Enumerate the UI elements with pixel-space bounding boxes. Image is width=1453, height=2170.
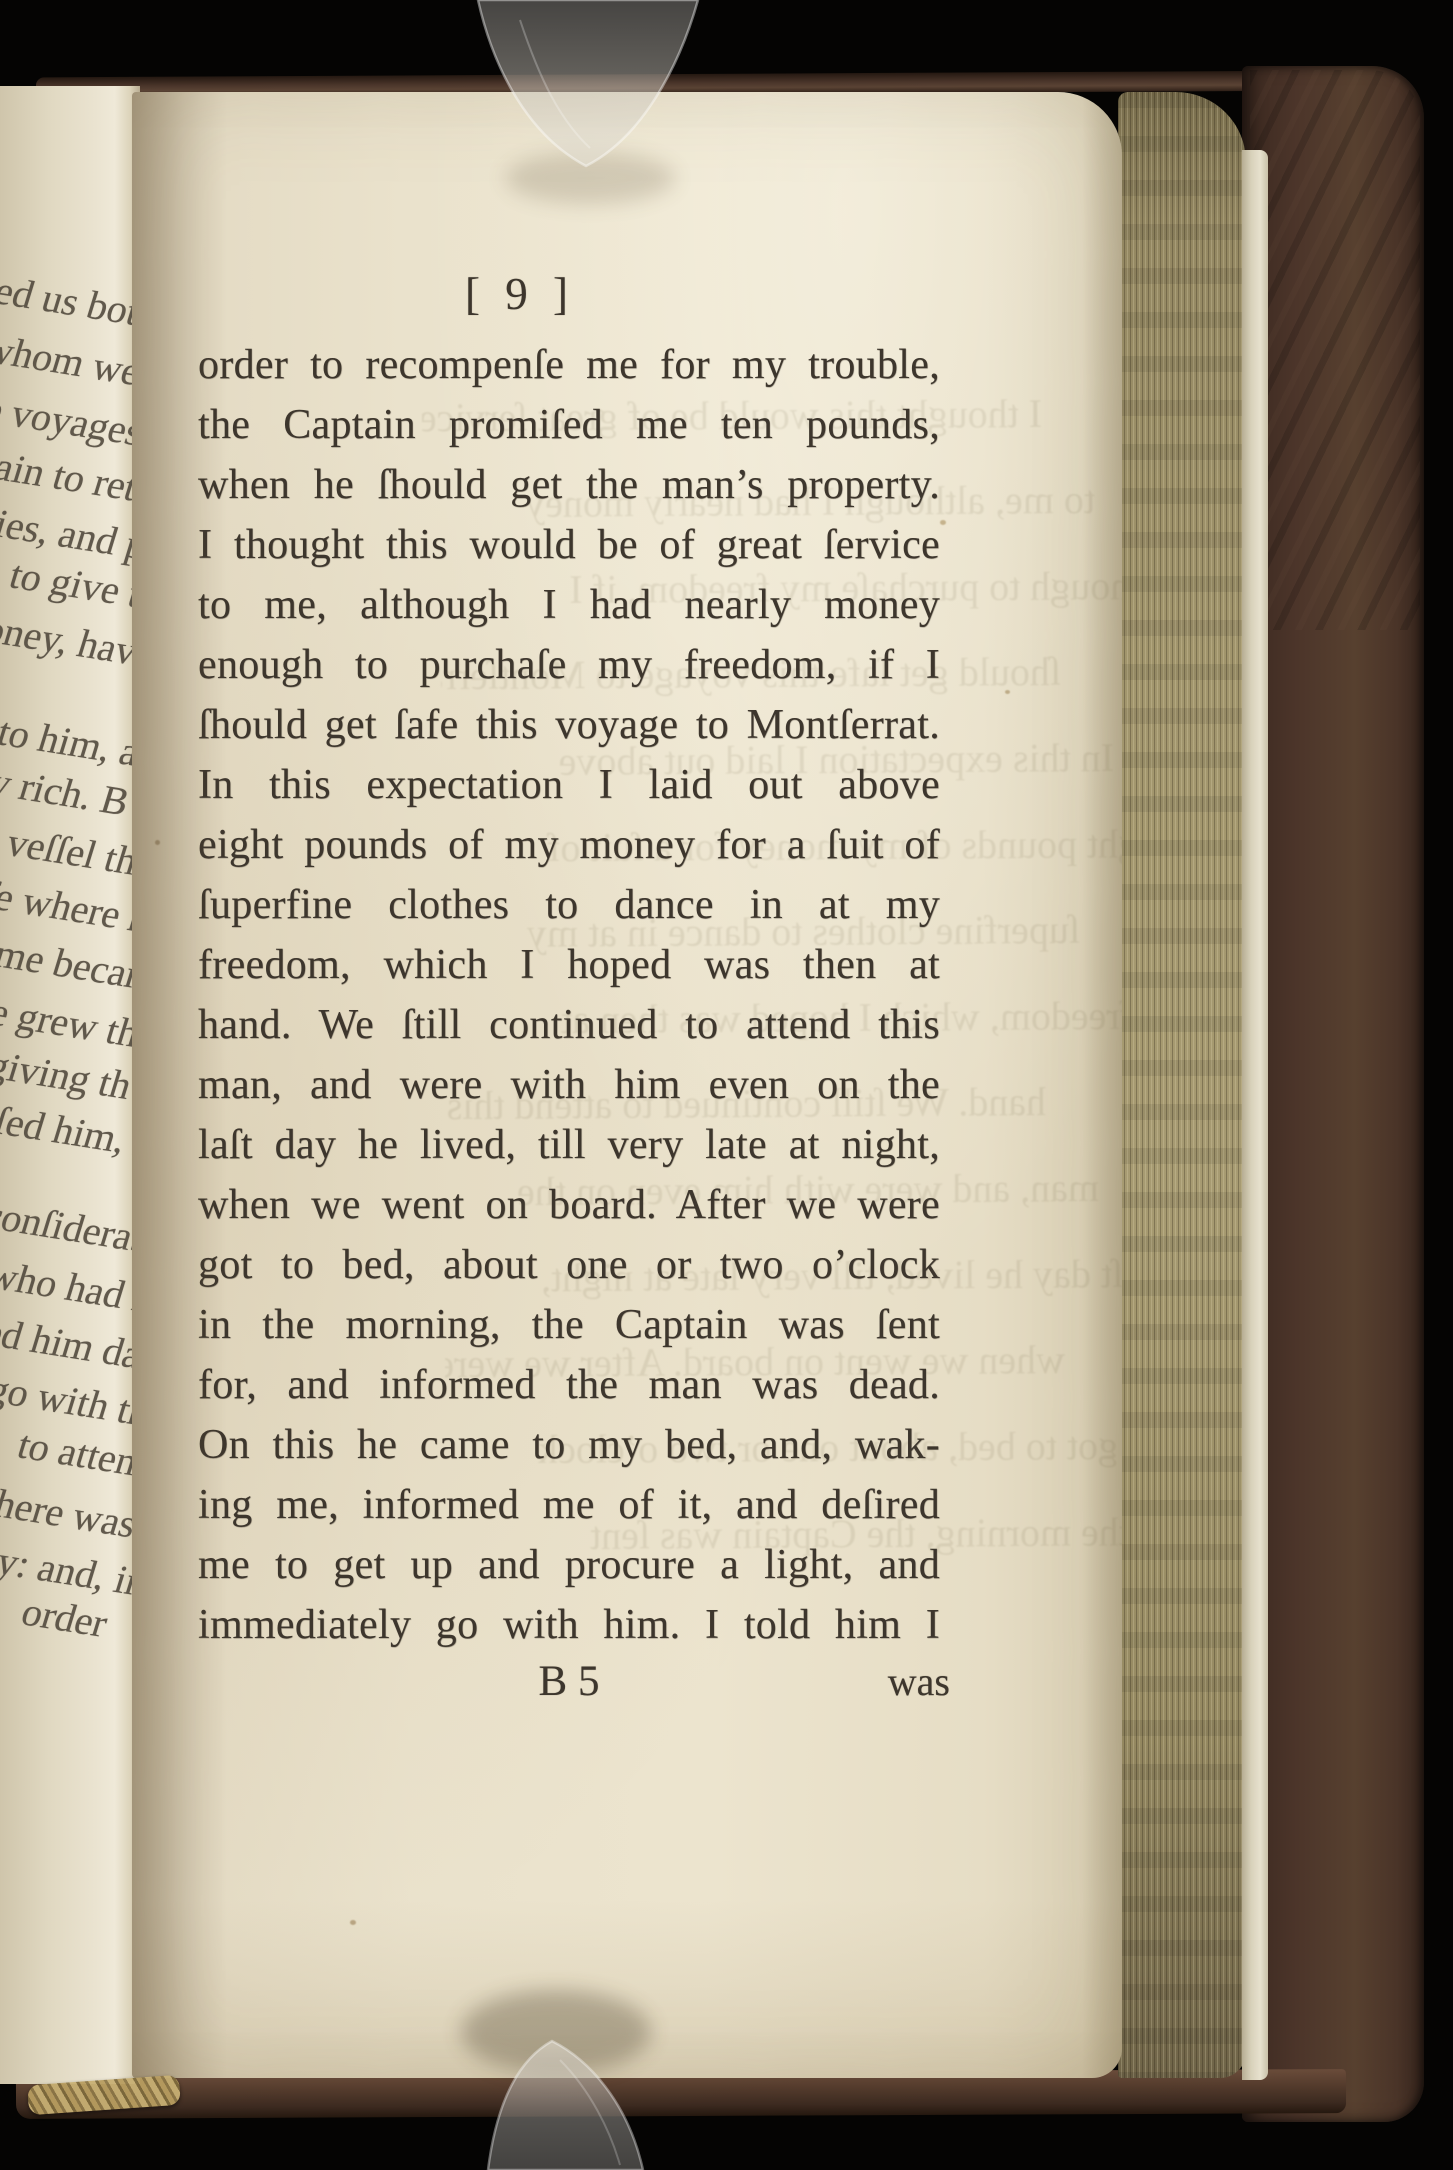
body-text-line: man, and were with him even on the — [198, 1055, 940, 1115]
body-text-line: order to recompenſe me for my trouble, — [198, 335, 940, 395]
fore-edge-page-stack — [1118, 92, 1246, 2078]
flyleaf-edge — [1242, 150, 1268, 2080]
page-footer: B 5 was — [198, 1652, 940, 1712]
body-text-line: laſt day he lived, till very late at nig… — [198, 1115, 940, 1175]
body-text-line: in the morning, the Captain was ſent — [198, 1295, 940, 1355]
page-number: [ 9 ] — [420, 268, 620, 320]
foxing-spot — [940, 520, 946, 525]
body-text-line: I thought this would be of great ſervice — [198, 515, 940, 575]
signature-mark: B 5 — [198, 1652, 940, 1712]
catchword: was — [888, 1652, 950, 1712]
body-text-line: ing me, informed me of it, and deſired — [198, 1475, 940, 1535]
book-scan-photo: ted us bothwhom we hae voyages betain to… — [0, 0, 1453, 2170]
body-text-line: enough to purchaſe my freedom, if I — [198, 635, 940, 695]
body-text-line: ſuperfine clothes to dance in at my — [198, 875, 940, 935]
body-text-line: freedom, which I hoped was then at — [198, 935, 940, 995]
body-text-line: immediately go with him. I told him I — [198, 1595, 940, 1655]
leather-wrinkles — [1250, 70, 1420, 630]
page-edge-shade — [1082, 92, 1122, 2078]
body-text-line: me to get up and procure a light, and — [198, 1535, 940, 1595]
page-stack-banding — [1118, 92, 1246, 2078]
foxing-spot — [1005, 690, 1010, 694]
body-text-line: the Captain promiſed me ten pounds, — [198, 395, 940, 455]
body-text-line: eight pounds of my money for a ſuit of — [198, 815, 940, 875]
foxing-spot — [350, 1920, 356, 1925]
body-text-line: In this expectation I laid out above — [198, 755, 940, 815]
body-text-line: for, and informed the man was dead. — [198, 1355, 940, 1415]
body-text: order to recompenſe me for my trouble,th… — [198, 335, 940, 1655]
previous-page-text-fragment: oney, havin — [0, 605, 140, 691]
previous-page-edge: ted us bothwhom we hae voyages betain to… — [0, 86, 140, 2084]
body-text-line: got to bed, about one or two o’clock — [198, 1235, 940, 1295]
gutter-shadow — [132, 92, 227, 2078]
body-text-line: On this he came to my bed, and, wak- — [198, 1415, 940, 1475]
body-text-line: hand. We ſtill continued to attend this — [198, 995, 940, 1055]
body-text-line: when he ſhould get the man’s property. — [198, 455, 940, 515]
body-text-line: when we went on board. After we were — [198, 1175, 940, 1235]
book-page: I thought this would be of great ſervice… — [132, 92, 1122, 2078]
body-text-line: ſhould get ſafe this voyage to Montſerra… — [198, 695, 940, 755]
body-text-line: to me, although I had nearly money — [198, 575, 940, 635]
